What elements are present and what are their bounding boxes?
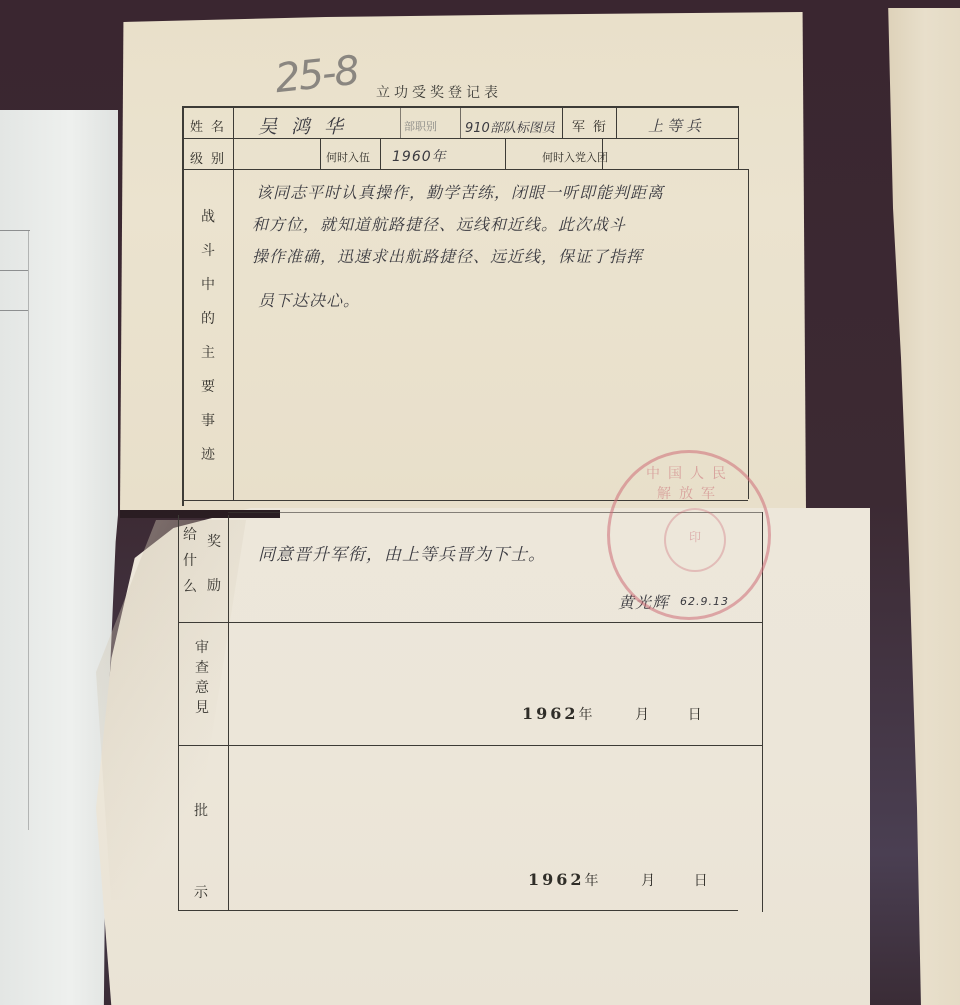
left-adjacent-paper — [0, 110, 118, 1005]
form-border-right — [748, 169, 749, 499]
award-label-char: 给 — [180, 522, 200, 548]
cell-divider — [505, 139, 506, 169]
cell-divider — [380, 139, 381, 169]
deeds-label-char: 主 — [198, 336, 218, 370]
deeds-line-1: 该同志平时认真操作，勤学苦练，闭眼一听即能判距离 — [256, 180, 664, 203]
name-value: 吴鸿华 — [258, 112, 357, 139]
award-bottom-line — [178, 622, 762, 623]
deeds-label-char: 要 — [198, 370, 218, 404]
form-border-left — [182, 106, 184, 506]
seal-ring-text: 中国人民解放军 — [640, 463, 740, 503]
seal-inner-ring: 印 — [664, 508, 726, 572]
award-label-char: 奖 — [204, 520, 224, 564]
deeds-label-char: 战 — [198, 200, 218, 234]
label-column-divider — [233, 106, 234, 501]
rank-label: 军衔 — [572, 116, 614, 135]
form-border-left — [178, 515, 179, 911]
deeds-label-char: 的 — [198, 302, 218, 336]
party-label: 何时入党入团 — [542, 149, 608, 165]
unit-label: 部职别 — [404, 118, 437, 134]
review-label-char: 見 — [192, 698, 212, 718]
review-date: 1962年 月 日 — [522, 704, 702, 724]
document-number: 25-8 — [273, 48, 360, 102]
official-seal: 中国人民解放军 印 — [607, 450, 771, 620]
review-label-char: 审 — [192, 638, 212, 658]
award-label-char: 什 — [180, 548, 200, 574]
deeds-label-char: 中 — [198, 268, 218, 302]
deeds-label-char: 事 — [198, 404, 218, 438]
deeds-label: 战 斗 中 的 主 要 事 迹 — [198, 200, 218, 472]
label-column-divider — [228, 515, 229, 911]
deeds-label-char: 迹 — [198, 438, 218, 472]
month-unit: 月 — [641, 873, 655, 889]
grade-label: 级别 — [190, 148, 232, 167]
award-label-left: 给 什 么 — [180, 522, 200, 600]
cell-divider — [320, 139, 321, 169]
month-unit: 月 — [635, 707, 649, 723]
day-unit: 日 — [688, 707, 702, 723]
review-bottom-line — [178, 745, 762, 746]
rank-value: 上等兵 — [648, 115, 705, 136]
approval-bottom-line — [178, 910, 738, 911]
award-label-char: 么 — [180, 574, 200, 600]
deeds-line-2: 和方位，就知道航路捷径、远线和近线。此次战斗 — [252, 212, 626, 235]
enlist-value: 1960年 — [392, 146, 447, 166]
approval-label-char: 批 — [191, 770, 211, 852]
cell-divider — [616, 107, 617, 138]
approval-label-char: 示 — [191, 852, 211, 934]
approval-label: 批 示 — [191, 770, 211, 934]
cell-divider — [400, 107, 401, 138]
enlist-label: 何时入伍 — [326, 149, 370, 165]
cell-divider — [562, 107, 563, 138]
cell-divider — [460, 107, 461, 138]
award-label-char: 励 — [204, 564, 224, 608]
year-unit: 年 — [579, 707, 593, 723]
approval-year: 1962 — [528, 870, 585, 889]
name-label: 姓名 — [190, 116, 232, 135]
form-border-right — [738, 106, 739, 170]
award-label-right: 奖 励 — [204, 520, 224, 608]
form-title: 立功受奖登记表 — [376, 82, 502, 102]
seal-center-text: 印 — [666, 528, 724, 545]
approval-date: 1962年 月 日 — [528, 870, 708, 890]
review-label: 审 查 意 見 — [192, 638, 212, 718]
year-unit: 年 — [585, 873, 599, 889]
day-unit: 日 — [694, 873, 708, 889]
deeds-line-4: 员下达决心。 — [258, 288, 360, 311]
review-label-char: 查 — [192, 658, 212, 678]
review-year: 1962 — [522, 704, 579, 723]
deeds-line-3: 操作准确，迅速求出航路捷径、远近线，保证了指挥 — [252, 244, 643, 267]
form-row-divider — [182, 169, 748, 170]
unit-value: 910部队标图员 — [465, 117, 555, 136]
deeds-label-char: 斗 — [198, 234, 218, 268]
review-label-char: 意 — [192, 678, 212, 698]
award-value: 同意晋升军衔，由上等兵晋为下士。 — [258, 540, 546, 565]
